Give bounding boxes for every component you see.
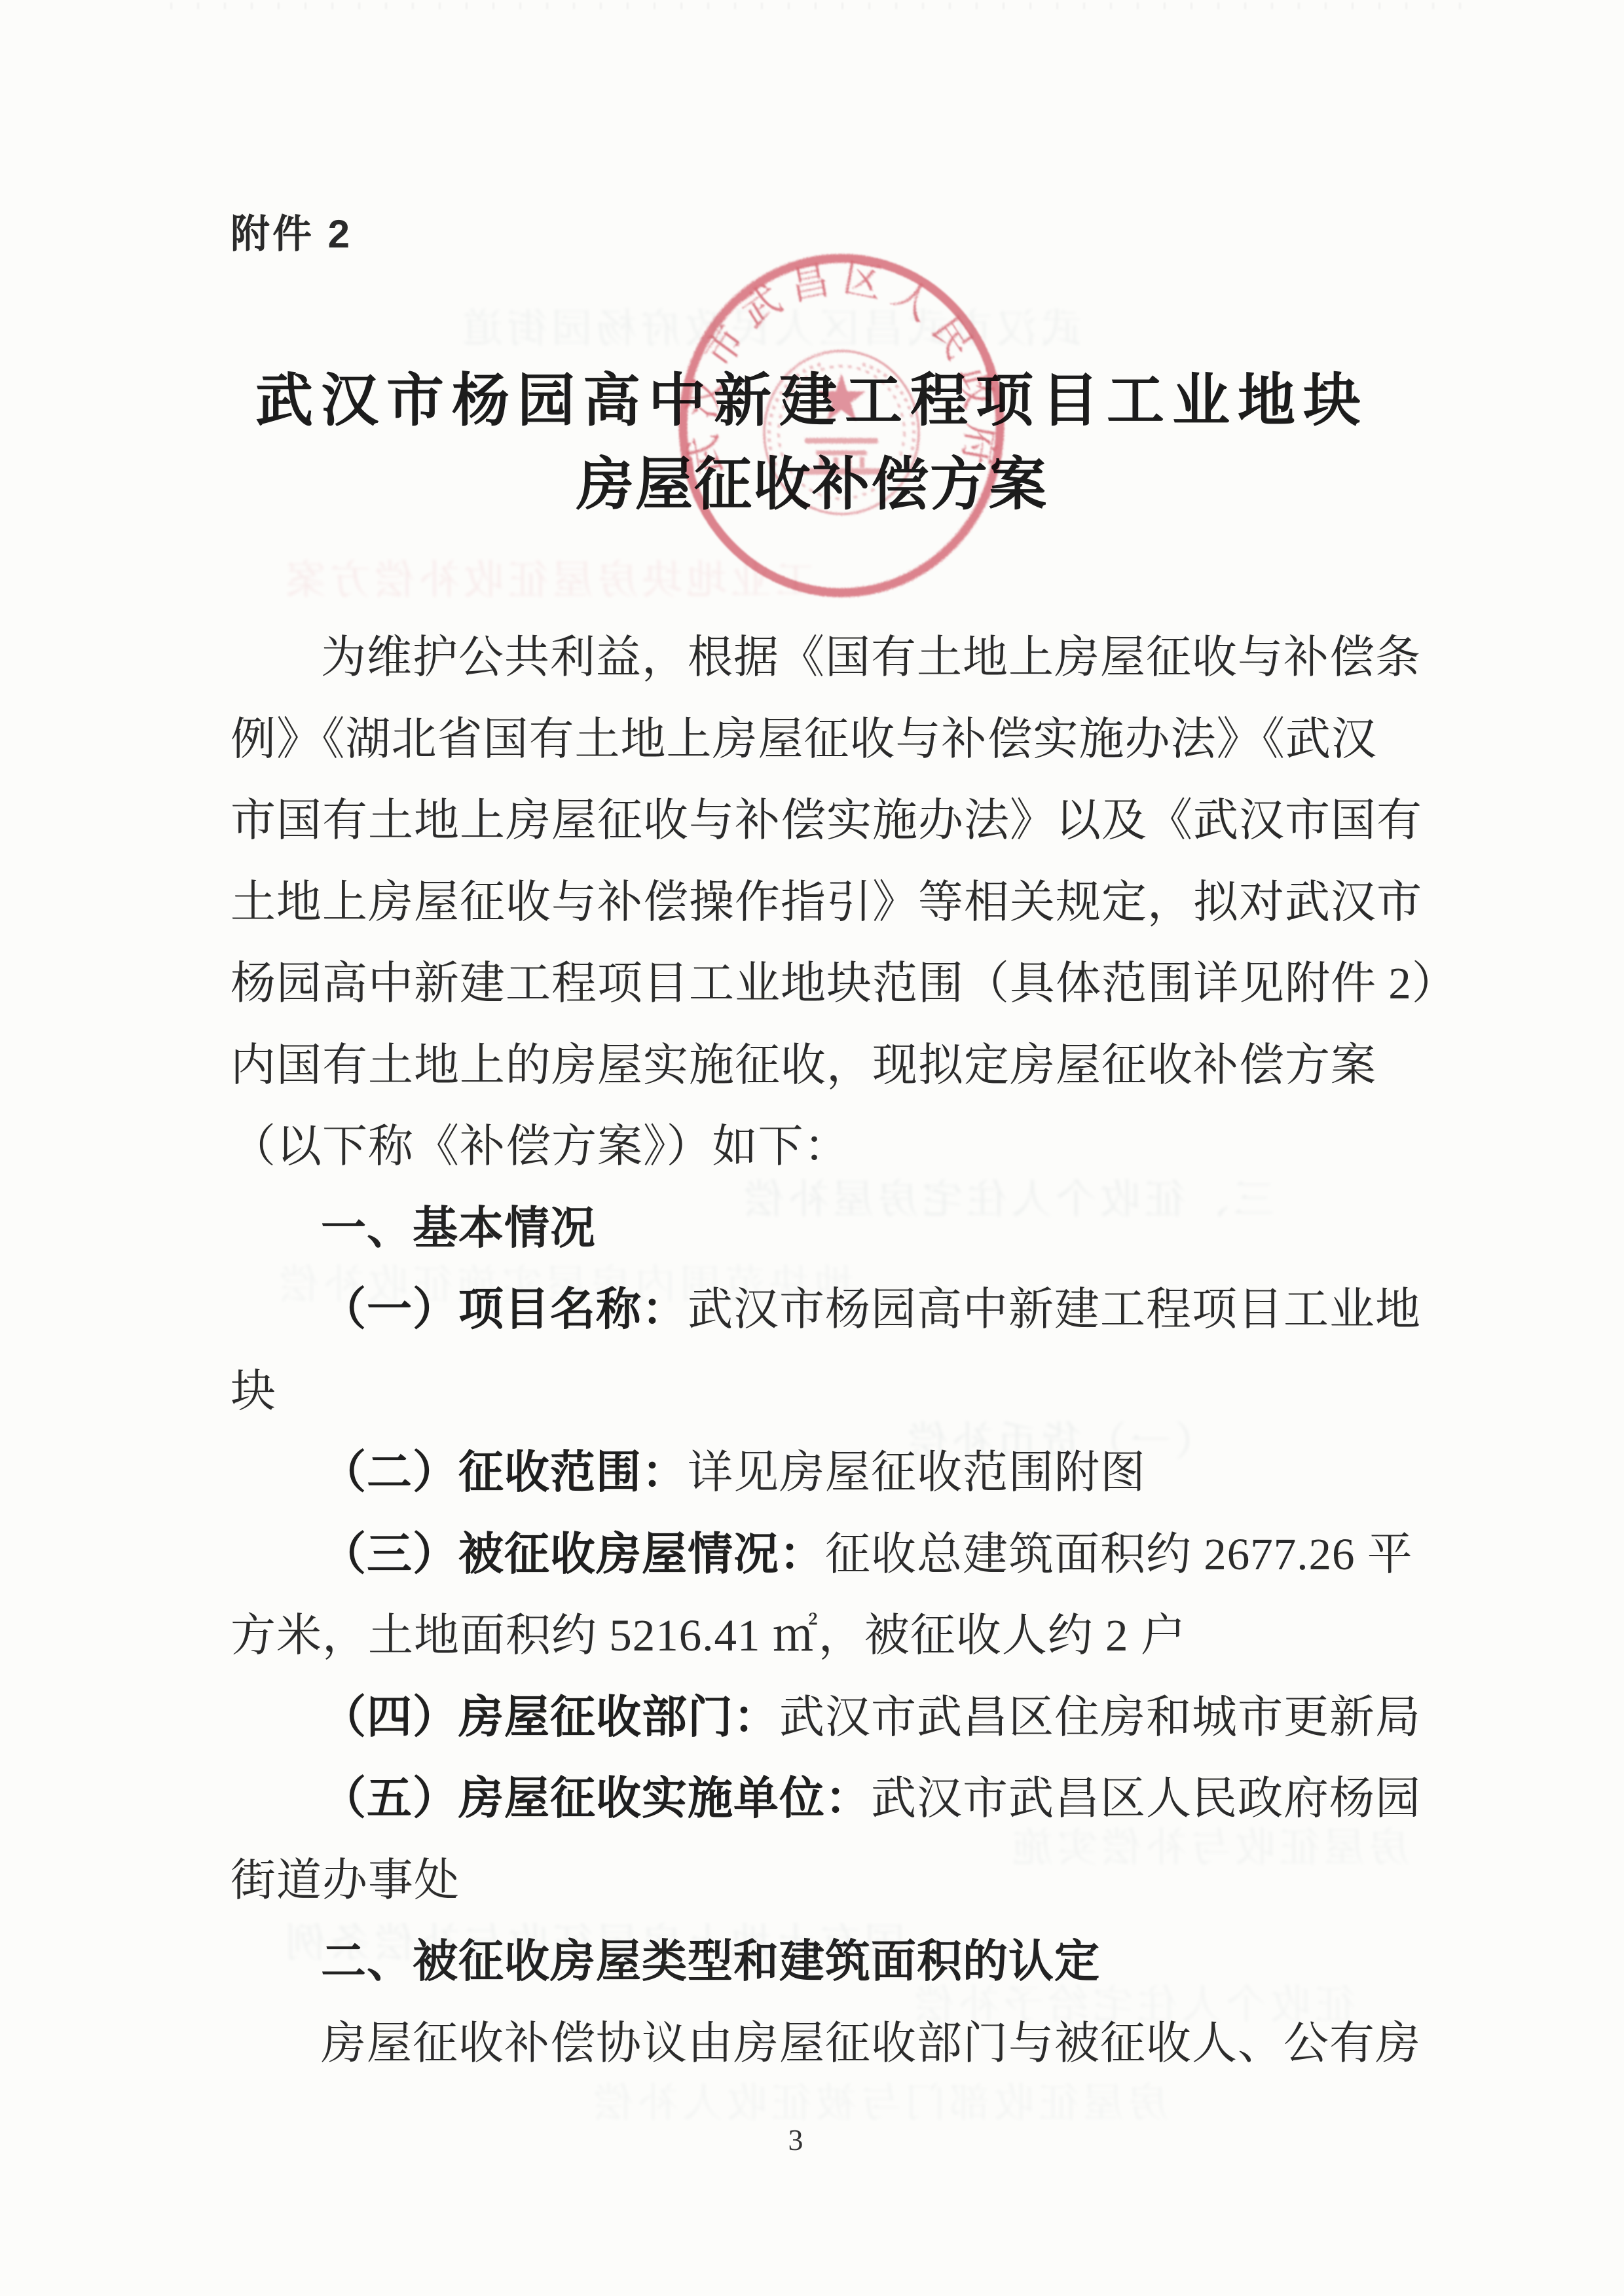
body-line: 为维护公共利益，根据《国有土地上房屋征收与补偿条 <box>231 626 1500 689</box>
page-number: 3 <box>0 2123 1591 2157</box>
section-heading: 一、基本情况 <box>231 1197 1500 1260</box>
body-line: （以下称《补偿方案》）如下： <box>231 1115 1409 1178</box>
clause-label: （四）房屋征收部门： <box>321 1692 779 1742</box>
seal-emblem <box>764 351 919 514</box>
body-line: （四）房屋征收部门：武汉市武昌区住房和城市更新局 <box>231 1686 1500 1749</box>
seal-ring <box>683 259 1000 593</box>
body-line: （一）项目名称：武汉市杨园高中新建工程项目工业地 <box>231 1278 1500 1341</box>
scanned-document-page: 武汉市武昌区人民政府杨园街道工业地块房屋征收补偿方案三、征收个人住宅房屋补偿地块… <box>0 0 1624 2296</box>
body-line: 方米，土地面积约 5216.41 ㎡，被征收人约 2 户 <box>231 1604 1409 1667</box>
body-line: （二）征收范围：详见房屋征收范围附图 <box>231 1441 1500 1504</box>
body-line: 例》《湖北省国有土地上房屋征收与补偿实施办法》《武汉 <box>231 708 1409 771</box>
body-line: （三）被征收房屋情况：征收总建筑面积约 2677.26 平 <box>231 1523 1500 1586</box>
body-line: 土地上房屋征收与补偿操作指引》等相关规定，拟对武汉市 <box>231 871 1409 934</box>
body-line: 街道办事处 <box>231 1849 1409 1912</box>
body-line: 市国有土地上房屋征收与补偿实施办法》以及《武汉市国有 <box>231 789 1409 852</box>
clause-label: （五）房屋征收实施单位： <box>321 1774 871 1823</box>
body-line: 杨园高中新建工程项目工业地块范围（具体范围详见附件 2） <box>231 952 1409 1015</box>
body-line: （五）房屋征收实施单位：武汉市武昌区人民政府杨园 <box>231 1767 1500 1830</box>
body-line: 内国有土地上的房屋实施征收，现拟定房屋征收补偿方案 <box>231 1034 1409 1097</box>
body-line: 块 <box>231 1360 1409 1423</box>
clause-label: （二）征收范围： <box>321 1448 688 1497</box>
body-line: 房屋征收补偿协议由房屋征收部门与被征收人、公有房 <box>231 2012 1500 2075</box>
section-heading: 二、被征收房屋类型和建筑面积的认定 <box>231 1930 1500 1993</box>
clause-label: （一）项目名称： <box>321 1285 688 1334</box>
seal-emblem-star <box>817 373 865 421</box>
official-seal: 武汉市武昌区人民政府 <box>666 239 1017 612</box>
clause-label: （三）被征收房屋情况： <box>321 1529 825 1579</box>
